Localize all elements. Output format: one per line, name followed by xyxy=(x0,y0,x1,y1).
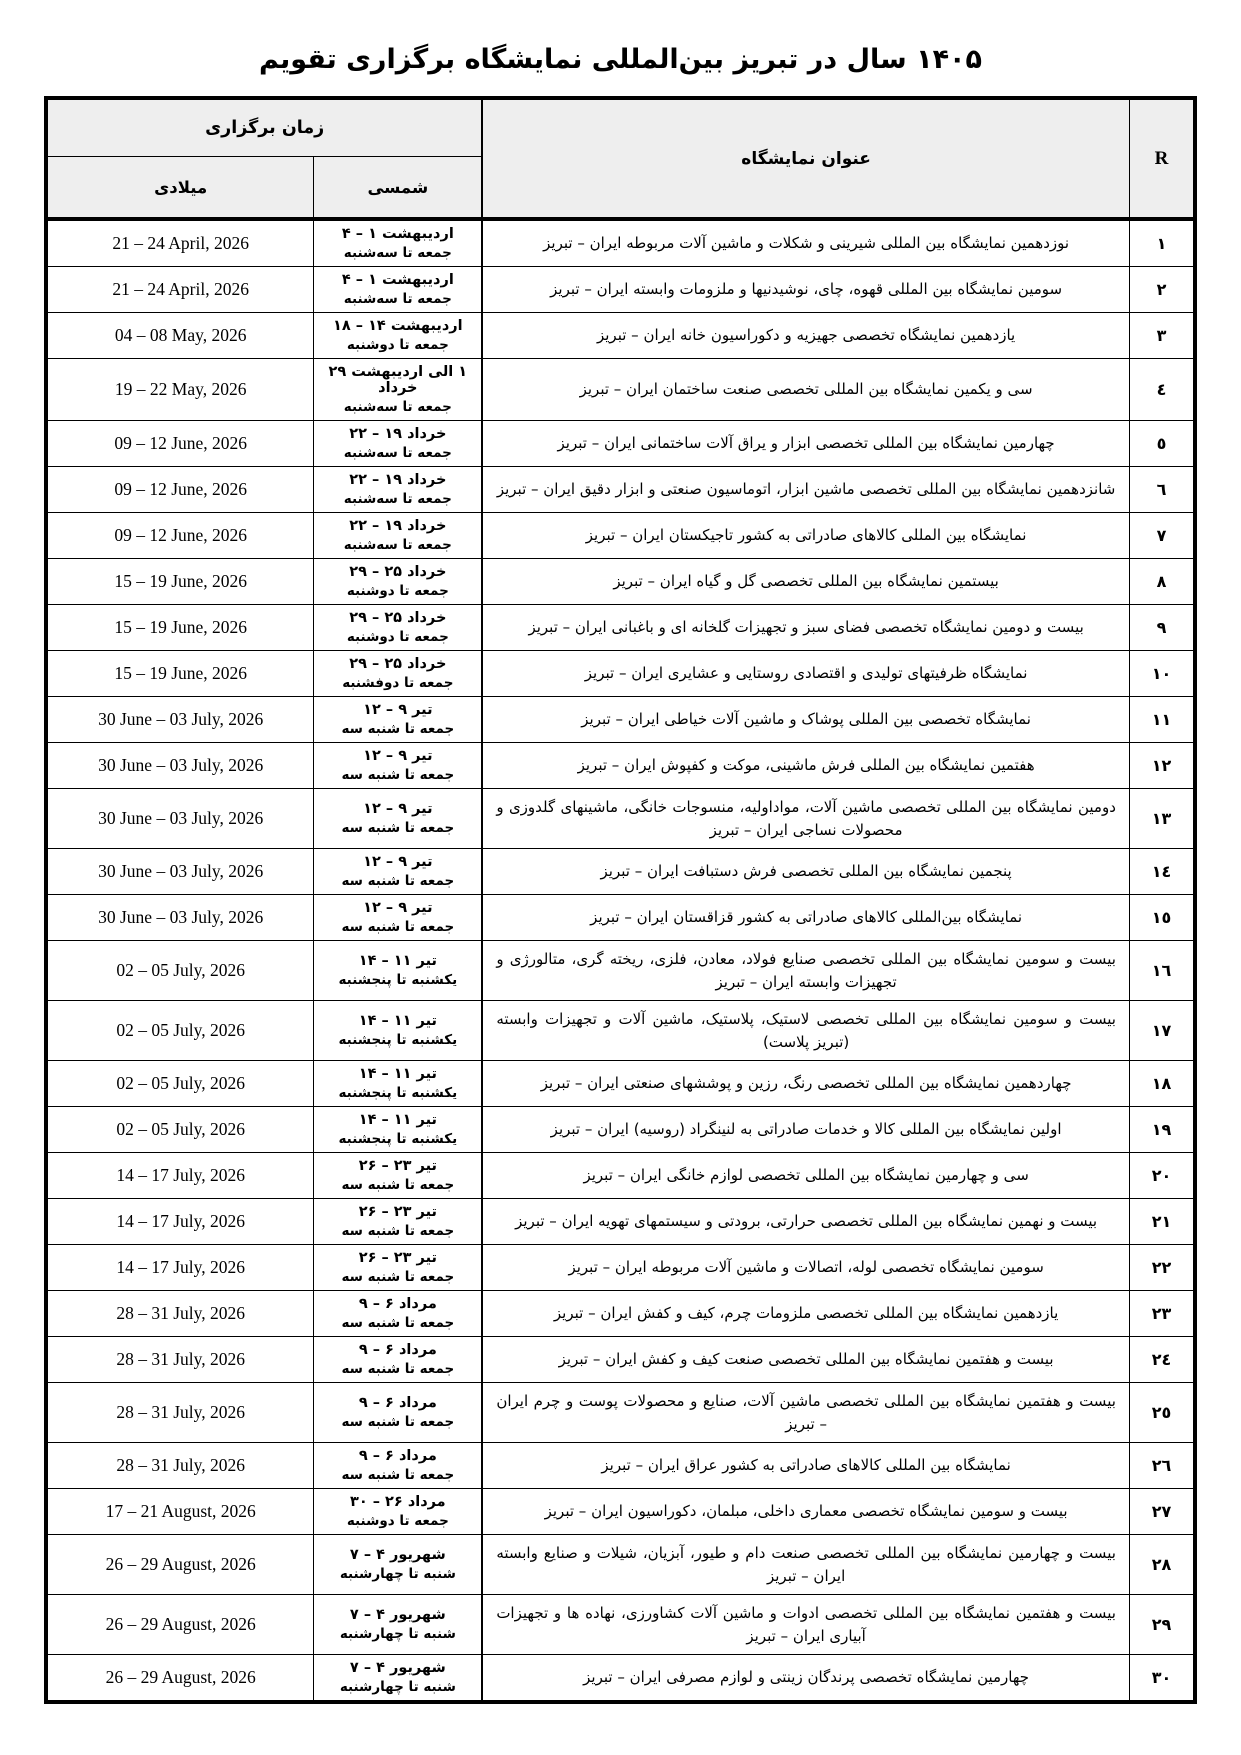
table-row: ٢١ بیست و نهمین نمایشگاه بین المللی تخصص… xyxy=(46,1199,1195,1245)
gregorian-date: 17 – 21 August, 2026 xyxy=(46,1489,314,1535)
gregorian-date: 02 – 05 July, 2026 xyxy=(46,941,314,1001)
solar-weekdays: سه‌شنبه‎ تا‎ جمعه xyxy=(316,537,479,553)
gregorian-date: 02 – 05 July, 2026 xyxy=(46,1107,314,1153)
row-number: ١٢ xyxy=(1129,743,1195,789)
row-number: ١٥ xyxy=(1129,895,1195,941)
exhibition-title: نوزدهمین نمایشگاه بین المللی شیرینی و شک… xyxy=(482,219,1129,267)
exhibition-title: پنجمین نمایشگاه بین المللی تخصصی فرش دست… xyxy=(482,849,1129,895)
solar-date: ۱۸ – ۱۴ اردیبهشت xyxy=(316,318,479,334)
exhibition-title: نمایشگاه بین المللی کالاهای صادراتی به ک… xyxy=(482,513,1129,559)
solar-date-cell: ۱۲ – ۹ تیر سه‎ شنبه‎ تا‎ جمعه xyxy=(314,849,482,895)
exhibition-title: بیست و دومین نمایشگاه تخصصی فضای سبز و ت… xyxy=(482,605,1129,651)
table-row: ١٧ بیست و سومین نمایشگاه بین المللی تخصص… xyxy=(46,1001,1195,1061)
solar-date-cell: ۴ – ۱ اردیبهشت سه‌شنبه‎ تا‎ جمعه xyxy=(314,267,482,313)
solar-date: ۲۶ – ۲۳ تیر xyxy=(316,1250,479,1266)
table-row: ١١ نمایشگاه تخصصی بین المللی پوشاک و ماش… xyxy=(46,697,1195,743)
gregorian-date: 21 – 24 April, 2026 xyxy=(46,267,314,313)
solar-date-cell: ۹ – ۶ مرداد سه‎ شنبه‎ تا‎ جمعه xyxy=(314,1443,482,1489)
solar-weekdays: پنجشنبه‎ تا‎ یکشنبه xyxy=(316,1131,479,1147)
solar-date-cell: ۴ – ۱ اردیبهشت سه‌شنبه‎ تا‎ جمعه xyxy=(314,219,482,267)
solar-date-cell: ۷ – ۴ شهریور چهارشنبه‎ تا‎ شنبه xyxy=(314,1655,482,1703)
solar-weekdays: سه‎ شنبه‎ تا‎ جمعه xyxy=(316,1414,479,1430)
exhibition-title: یازدهمین نمایشگاه بین المللی تخصصی ملزوم… xyxy=(482,1291,1129,1337)
solar-date-cell: ۲۲ – ۱۹ خرداد سه‌شنبه‎ تا‎ جمعه xyxy=(314,421,482,467)
solar-date: ۲۶ – ۲۳ تیر xyxy=(316,1204,479,1220)
row-number: ٢٩ xyxy=(1129,1595,1195,1655)
solar-date-cell: ۲۶ – ۲۳ تیر سه‎ شنبه‎ تا‎ جمعه xyxy=(314,1153,482,1199)
solar-weekdays: سه‎ شنبه‎ تا‎ جمعه xyxy=(316,721,479,737)
row-number: ٤ xyxy=(1129,359,1195,421)
table-row: ٢٥ بیست و هفتمین نمایشگاه بین المللی تخص… xyxy=(46,1383,1195,1443)
solar-date: ۴ – ۱ اردیبهشت xyxy=(316,272,479,288)
column-header-time-group: زمان‎ برگزاری xyxy=(46,98,482,157)
exhibition-title: بیست و هفتمین نمایشگاه بین المللی تخصصی … xyxy=(482,1337,1129,1383)
solar-date-cell: ۲۹ – ۲۵ خرداد دوفشنبه‎ تا‎ جمعه xyxy=(314,651,482,697)
gregorian-date: 26 – 29 August, 2026 xyxy=(46,1535,314,1595)
solar-date-cell: ۹ – ۶ مرداد سه‎ شنبه‎ تا‎ جمعه xyxy=(314,1337,482,1383)
column-header-row-number: R xyxy=(1129,98,1195,219)
table-body: ١ نوزدهمین نمایشگاه بین المللی شیرینی و … xyxy=(46,219,1195,1702)
table-row: ٦ شانزدهمین نمایشگاه بین المللی تخصصی ما… xyxy=(46,467,1195,513)
exhibition-title: دومین نمایشگاه بین المللی تخصصی ماشین آل… xyxy=(482,789,1129,849)
gregorian-date: 15 – 19 June, 2026 xyxy=(46,605,314,651)
table-row: ٤ سی و یکمین نمایشگاه بین المللی تخصصی ص… xyxy=(46,359,1195,421)
solar-date: ۱۴ – ۱۱ تیر xyxy=(316,1112,479,1128)
gregorian-date: 14 – 17 July, 2026 xyxy=(46,1199,314,1245)
page-title: تقویم‎ برگزاری‎ نمایشگاه‎ بین‌المللی‎ تب… xyxy=(0,44,1241,75)
row-number: ٢٠ xyxy=(1129,1153,1195,1199)
solar-date: ۲۲ – ۱۹ خرداد xyxy=(316,518,479,534)
table-row: ١٢ هفتمین نمایشگاه بین المللی فرش ماشینی… xyxy=(46,743,1195,789)
solar-weekdays: چهارشنبه‎ تا‎ شنبه xyxy=(316,1679,479,1695)
gregorian-date: 02 – 05 July, 2026 xyxy=(46,1061,314,1107)
gregorian-date: 19 – 22 May, 2026 xyxy=(46,359,314,421)
solar-date: ۲۲ – ۱۹ خرداد xyxy=(316,472,479,488)
row-number: ٢١ xyxy=(1129,1199,1195,1245)
row-number: ٧ xyxy=(1129,513,1195,559)
solar-date-cell: ۹ – ۶ مرداد سه‎ شنبه‎ تا‎ جمعه xyxy=(314,1383,482,1443)
exhibition-calendar-table: R عنوان‎ نمایشگاه زمان‎ برگزاری شمسی میل… xyxy=(44,96,1197,1704)
row-number: ٢٧ xyxy=(1129,1489,1195,1535)
exhibition-title: بیست و سومین نمایشگاه بین المللی تخصصی ل… xyxy=(482,1001,1129,1061)
gregorian-date: 04 – 08 May, 2026 xyxy=(46,313,314,359)
row-number: ٥ xyxy=(1129,421,1195,467)
exhibition-title: نمایشگاه بین‌المللی کالاهای صادراتی به ک… xyxy=(482,895,1129,941)
gregorian-date: 09 – 12 June, 2026 xyxy=(46,421,314,467)
solar-weekdays: پنجشنبه‎ تا‎ یکشنبه xyxy=(316,1085,479,1101)
solar-weekdays: دوفشنبه‎ تا‎ جمعه xyxy=(316,675,479,691)
solar-date-cell: ۱۲ – ۹ تیر سه‎ شنبه‎ تا‎ جمعه xyxy=(314,789,482,849)
solar-weekdays: سه‎ شنبه‎ تا‎ جمعه xyxy=(316,873,479,889)
gregorian-date: 26 – 29 August, 2026 xyxy=(46,1595,314,1655)
gregorian-date: 09 – 12 June, 2026 xyxy=(46,513,314,559)
solar-date: ۴ – ۱ اردیبهشت xyxy=(316,226,479,242)
row-number: ٦ xyxy=(1129,467,1195,513)
solar-weekdays: دوشنبه‎ تا‎ جمعه xyxy=(316,1513,479,1529)
row-number: ١٠ xyxy=(1129,651,1195,697)
solar-weekdays: سه‎ شنبه‎ تا‎ جمعه xyxy=(316,1269,479,1285)
row-number: ١٣ xyxy=(1129,789,1195,849)
exhibition-title: شانزدهمین نمایشگاه بین المللی تخصصی ماشی… xyxy=(482,467,1129,513)
solar-weekdays: دوشنبه‎ تا‎ جمعه xyxy=(316,629,479,645)
solar-date: ۲۹ – ۲۵ خرداد xyxy=(316,564,479,580)
table-row: ٥ چهارمین نمایشگاه بین المللی تخصصی ابزا… xyxy=(46,421,1195,467)
solar-weekdays: سه‌شنبه‎ تا‎ جمعه xyxy=(316,399,479,415)
row-number: ١ xyxy=(1129,219,1195,267)
table-row: ١٨ چهاردهمین نمایشگاه بین المللی تخصصی ر… xyxy=(46,1061,1195,1107)
row-number: ٢٣ xyxy=(1129,1291,1195,1337)
solar-date: ۹ – ۶ مرداد xyxy=(316,1296,479,1312)
gregorian-date: 02 – 05 July, 2026 xyxy=(46,1001,314,1061)
table-row: ٢٣ یازدهمین نمایشگاه بین المللی تخصصی مل… xyxy=(46,1291,1195,1337)
solar-date-cell: ۲۹ – ۲۵ خرداد دوشنبه‎ تا‎ جمعه xyxy=(314,559,482,605)
solar-date-cell: ۱۴ – ۱۱ تیر پنجشنبه‎ تا‎ یکشنبه xyxy=(314,1061,482,1107)
gregorian-date: 30 June – 03 July, 2026 xyxy=(46,895,314,941)
solar-date-cell: ۲۹ – ۲۵ خرداد دوشنبه‎ تا‎ جمعه xyxy=(314,605,482,651)
solar-date-cell: ۱۸ – ۱۴ اردیبهشت دوشنبه‎ تا‎ جمعه xyxy=(314,313,482,359)
solar-weekdays: سه‎ شنبه‎ تا‎ جمعه xyxy=(316,1177,479,1193)
solar-date-cell: ۳۰ – ۲۶ مرداد دوشنبه‎ تا‎ جمعه xyxy=(314,1489,482,1535)
exhibition-title: نمایشگاه بین المللی کالاهای صادراتی به ک… xyxy=(482,1443,1129,1489)
solar-date: ۱۲ – ۹ تیر xyxy=(316,702,479,718)
exhibition-title: اولین نمایشگاه بین المللی کالا و خدمات ص… xyxy=(482,1107,1129,1153)
solar-date-cell: ۷ – ۴ شهریور چهارشنبه‎ تا‎ شنبه xyxy=(314,1535,482,1595)
exhibition-title: چهارمین نمایشگاه بین المللی تخصصی ابزار … xyxy=(482,421,1129,467)
exhibition-title: هفتمین نمایشگاه بین المللی فرش ماشینی، م… xyxy=(482,743,1129,789)
solar-weekdays: پنجشنبه‎ تا‎ یکشنبه xyxy=(316,972,479,988)
solar-weekdays: سه‎ شنبه‎ تا‎ جمعه xyxy=(316,1315,479,1331)
row-number: ١١ xyxy=(1129,697,1195,743)
table-row: ٣٠ چهارمین نمایشگاه تخصصی پرندگان زینتی … xyxy=(46,1655,1195,1703)
solar-weekdays: سه‌شنبه‎ تا‎ جمعه xyxy=(316,291,479,307)
table-row: ١٥ نمایشگاه بین‌المللی کالاهای صادراتی ب… xyxy=(46,895,1195,941)
solar-date: ۱۲ – ۹ تیر xyxy=(316,854,479,870)
column-header-gregorian: میلادی xyxy=(46,157,314,220)
exhibition-title: نمایشگاه تخصصی بین المللی پوشاک و ماشین … xyxy=(482,697,1129,743)
solar-date-cell: ۲۲ – ۱۹ خرداد سه‌شنبه‎ تا‎ جمعه xyxy=(314,513,482,559)
table-row: ١ نوزدهمین نمایشگاه بین المللی شیرینی و … xyxy=(46,219,1195,267)
gregorian-date: 28 – 31 July, 2026 xyxy=(46,1337,314,1383)
row-number: ٢٥ xyxy=(1129,1383,1195,1443)
solar-weekdays: دوشنبه‎ تا‎ جمعه xyxy=(316,583,479,599)
solar-date-cell: ۲۲ – ۱۹ خرداد سه‌شنبه‎ تا‎ جمعه xyxy=(314,467,482,513)
solar-date: ۱۴ – ۱۱ تیر xyxy=(316,953,479,969)
solar-date: ۱۲ – ۹ تیر xyxy=(316,801,479,817)
gregorian-date: 15 – 19 June, 2026 xyxy=(46,559,314,605)
solar-date: ۷ – ۴ شهریور xyxy=(316,1660,479,1676)
table-row: ٢٤ بیست و هفتمین نمایشگاه بین المللی تخص… xyxy=(46,1337,1195,1383)
solar-date-cell: ۱۲ – ۹ تیر سه‎ شنبه‎ تا‎ جمعه xyxy=(314,697,482,743)
solar-date-cell: ۲۶ – ۲۳ تیر سه‎ شنبه‎ تا‎ جمعه xyxy=(314,1245,482,1291)
solar-date: ۱۲ – ۹ تیر xyxy=(316,900,479,916)
exhibition-title: سومین نمایشگاه بین المللی قهوه، چای، نوش… xyxy=(482,267,1129,313)
column-header-exhibition-title-label: عنوان‎ نمایشگاه xyxy=(741,149,871,169)
solar-date-cell: ۷ – ۴ شهریور چهارشنبه‎ تا‎ شنبه xyxy=(314,1595,482,1655)
solar-weekdays: سه‎ شنبه‎ تا‎ جمعه xyxy=(316,1467,479,1483)
row-number: ٩ xyxy=(1129,605,1195,651)
column-header-exhibition-title: عنوان‎ نمایشگاه xyxy=(482,98,1129,219)
table-row: ١٦ بیست و سومین نمایشگاه بین المللی تخصص… xyxy=(46,941,1195,1001)
solar-weekdays: سه‎ شنبه‎ تا‎ جمعه xyxy=(316,1223,479,1239)
table-row: ٩ بیست و دومین نمایشگاه تخصصی فضای سبز و… xyxy=(46,605,1195,651)
solar-weekdays: سه‌شنبه‎ تا‎ جمعه xyxy=(316,245,479,261)
solar-weekdays: سه‎ شنبه‎ تا‎ جمعه xyxy=(316,1361,479,1377)
solar-weekdays: سه‎ شنبه‎ تا‎ جمعه xyxy=(316,820,479,836)
table-row: ٢٩ بیست و هفتمین نمایشگاه بین المللی تخص… xyxy=(46,1595,1195,1655)
solar-weekdays: چهارشنبه‎ تا‎ شنبه xyxy=(316,1626,479,1642)
solar-date: ۹ – ۶ مرداد xyxy=(316,1342,479,1358)
exhibition-title: بیست و چهارمین نمایشگاه بین المللی تخصصی… xyxy=(482,1535,1129,1595)
gregorian-date: 26 – 29 August, 2026 xyxy=(46,1655,314,1703)
exhibition-title: سومین نمایشگاه تخصصی لوله، اتصالات و ماش… xyxy=(482,1245,1129,1291)
exhibition-title: بیست و هفتمین نمایشگاه بین المللی تخصصی … xyxy=(482,1383,1129,1443)
table-row: ٢٦ نمایشگاه بین المللی کالاهای صادراتی ب… xyxy=(46,1443,1195,1489)
solar-date-cell: ۱۴ – ۱۱ تیر پنجشنبه‎ تا‎ یکشنبه xyxy=(314,1107,482,1153)
solar-date: ۷ – ۴ شهریور xyxy=(316,1547,479,1563)
exhibition-title: یازدهمین نمایشگاه تخصصی جهیزیه و دکوراسی… xyxy=(482,313,1129,359)
table-header: R عنوان‎ نمایشگاه زمان‎ برگزاری شمسی میل… xyxy=(46,98,1195,219)
row-number: ٢٤ xyxy=(1129,1337,1195,1383)
row-number: ٨ xyxy=(1129,559,1195,605)
solar-date: ۲۶ – ۲۳ تیر xyxy=(316,1158,479,1174)
gregorian-date: 28 – 31 July, 2026 xyxy=(46,1383,314,1443)
row-number: ١٨ xyxy=(1129,1061,1195,1107)
row-number: ٢٦ xyxy=(1129,1443,1195,1489)
solar-date-cell: ۲۹ اردیبهشت‎ الی‎ ۱ خرداد سه‌شنبه‎ تا‎ ج… xyxy=(314,359,482,421)
gregorian-date: 15 – 19 June, 2026 xyxy=(46,651,314,697)
solar-date: ۲۹ – ۲۵ خرداد xyxy=(316,656,479,672)
gregorian-date: 28 – 31 July, 2026 xyxy=(46,1291,314,1337)
solar-weekdays: سه‎ شنبه‎ تا‎ جمعه xyxy=(316,767,479,783)
gregorian-date: 09 – 12 June, 2026 xyxy=(46,467,314,513)
row-number: ٢ xyxy=(1129,267,1195,313)
gregorian-date: 21 – 24 April, 2026 xyxy=(46,219,314,267)
row-number: ٢٨ xyxy=(1129,1535,1195,1595)
exhibition-title: بیست و سومین نمایشگاه بین المللی تخصصی ص… xyxy=(482,941,1129,1001)
solar-date-cell: ۱۲ – ۹ تیر سه‎ شنبه‎ تا‎ جمعه xyxy=(314,743,482,789)
gregorian-date: 28 – 31 July, 2026 xyxy=(46,1443,314,1489)
exhibition-title: نمایشگاه ظرفیتهای تولیدی و اقتصادی روستا… xyxy=(482,651,1129,697)
solar-date: ۲۹ – ۲۵ خرداد xyxy=(316,610,479,626)
solar-date: ۲۹ اردیبهشت‎ الی‎ ۱ خرداد xyxy=(316,364,479,396)
gregorian-date: 30 June – 03 July, 2026 xyxy=(46,789,314,849)
table-row: ٢٨ بیست و چهارمین نمایشگاه بین المللی تخ… xyxy=(46,1535,1195,1595)
exhibition-title: چهاردهمین نمایشگاه بین المللی تخصصی رنگ،… xyxy=(482,1061,1129,1107)
table-row: ٣ یازدهمین نمایشگاه تخصصی جهیزیه و دکورا… xyxy=(46,313,1195,359)
table-row: ١٣ دومین نمایشگاه بین المللی تخصصی ماشین… xyxy=(46,789,1195,849)
table-row: ١٤ پنجمین نمایشگاه بین المللی تخصصی فرش … xyxy=(46,849,1195,895)
solar-weekdays: سه‎ شنبه‎ تا‎ جمعه xyxy=(316,919,479,935)
table-row: ١٩ اولین نمایشگاه بین المللی کالا و خدما… xyxy=(46,1107,1195,1153)
table-row: ١٠ نمایشگاه ظرفیتهای تولیدی و اقتصادی رو… xyxy=(46,651,1195,697)
gregorian-date: 30 June – 03 July, 2026 xyxy=(46,849,314,895)
gregorian-date: 30 June – 03 July, 2026 xyxy=(46,743,314,789)
solar-weekdays: دوشنبه‎ تا‎ جمعه xyxy=(316,337,479,353)
exhibition-title: سی و یکمین نمایشگاه بین المللی تخصصی صنع… xyxy=(482,359,1129,421)
solar-date: ۳۰ – ۲۶ مرداد xyxy=(316,1494,479,1510)
solar-date: ۱۴ – ۱۱ تیر xyxy=(316,1066,479,1082)
table-row: ٢٠ سی و چهارمین نمایشگاه بین المللی تخصص… xyxy=(46,1153,1195,1199)
exhibition-title: بیست و هفتمین نمایشگاه بین المللی تخصصی … xyxy=(482,1595,1129,1655)
solar-date-cell: ۱۲ – ۹ تیر سه‎ شنبه‎ تا‎ جمعه xyxy=(314,895,482,941)
gregorian-date: 14 – 17 July, 2026 xyxy=(46,1153,314,1199)
exhibition-title: چهارمین نمایشگاه تخصصی پرندگان زینتی و ل… xyxy=(482,1655,1129,1703)
gregorian-date: 30 June – 03 July, 2026 xyxy=(46,697,314,743)
solar-date-cell: ۱۴ – ۱۱ تیر پنجشنبه‎ تا‎ یکشنبه xyxy=(314,1001,482,1061)
table-row: ٢٧ بیست و سومین نمایشگاه تخصصی معماری دا… xyxy=(46,1489,1195,1535)
row-number: ١٤ xyxy=(1129,849,1195,895)
row-number: ١٩ xyxy=(1129,1107,1195,1153)
exhibition-title: بیست و نهمین نمایشگاه بین المللی تخصصی ح… xyxy=(482,1199,1129,1245)
solar-date-cell: ۹ – ۶ مرداد سه‎ شنبه‎ تا‎ جمعه xyxy=(314,1291,482,1337)
column-header-solar: شمسی xyxy=(314,157,482,220)
exhibition-title: بیست و سومین نمایشگاه تخصصی معماری داخلی… xyxy=(482,1489,1129,1535)
row-number: ٣٠ xyxy=(1129,1655,1195,1703)
exhibition-title: بیستمین نمایشگاه بین المللی تخصصی گل و گ… xyxy=(482,559,1129,605)
solar-date-cell: ۱۴ – ۱۱ تیر پنجشنبه‎ تا‎ یکشنبه xyxy=(314,941,482,1001)
gregorian-date: 14 – 17 July, 2026 xyxy=(46,1245,314,1291)
solar-date: ۱۲ – ۹ تیر xyxy=(316,748,479,764)
table-row: ٢٢ سومین نمایشگاه تخصصی لوله، اتصالات و … xyxy=(46,1245,1195,1291)
row-number: ١٦ xyxy=(1129,941,1195,1001)
solar-date: ۹ – ۶ مرداد xyxy=(316,1395,479,1411)
solar-date: ۹ – ۶ مرداد xyxy=(316,1448,479,1464)
solar-date: ۱۴ – ۱۱ تیر xyxy=(316,1013,479,1029)
solar-weekdays: چهارشنبه‎ تا‎ شنبه xyxy=(316,1566,479,1582)
table-row: ٢ سومین نمایشگاه بین المللی قهوه، چای، ن… xyxy=(46,267,1195,313)
solar-weekdays: سه‌شنبه‎ تا‎ جمعه xyxy=(316,445,479,461)
exhibition-title: سی و چهارمین نمایشگاه بین المللی تخصصی ل… xyxy=(482,1153,1129,1199)
row-number: ٣ xyxy=(1129,313,1195,359)
solar-date: ۷ – ۴ شهریور xyxy=(316,1607,479,1623)
row-number: ٢٢ xyxy=(1129,1245,1195,1291)
table-row: ٧ نمایشگاه بین المللی کالاهای صادراتی به… xyxy=(46,513,1195,559)
column-header-time-group-label: زمان‎ برگزاری xyxy=(205,118,324,138)
row-number: ١٧ xyxy=(1129,1001,1195,1061)
table-row: ٨ بیستمین نمایشگاه بین المللی تخصصی گل و… xyxy=(46,559,1195,605)
solar-weekdays: پنجشنبه‎ تا‎ یکشنبه xyxy=(316,1032,479,1048)
solar-weekdays: سه‌شنبه‎ تا‎ جمعه xyxy=(316,491,479,507)
solar-date: ۲۲ – ۱۹ خرداد xyxy=(316,426,479,442)
solar-date-cell: ۲۶ – ۲۳ تیر سه‎ شنبه‎ تا‎ جمعه xyxy=(314,1199,482,1245)
